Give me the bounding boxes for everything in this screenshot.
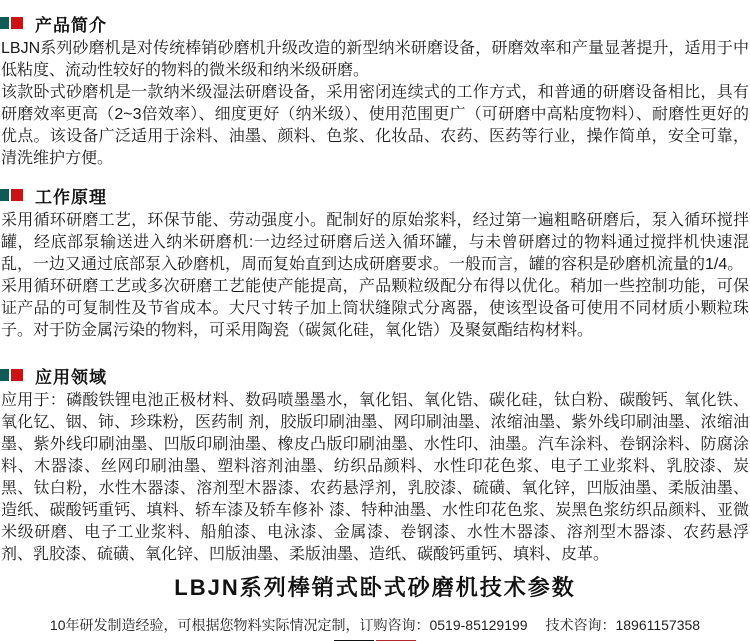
contact-footer: 10年研发制造经验，可根据您物料实际情况定制，订购咨询：0519-8512919… (0, 616, 750, 634)
paragraph: 该款卧式砂磨机是一款纳米级湿法研磨设备，采用密闭连续式的工作方式，和普通的研磨设… (1, 82, 749, 170)
teal-square-icon (0, 369, 9, 381)
section-title: 工作原理 (35, 183, 107, 208)
red-square-icon (11, 189, 23, 201)
section-header-application-fields: 应用领域 (0, 366, 750, 384)
teal-square-icon (0, 189, 9, 201)
paragraph: 采用循环研磨工艺或多次研磨工艺能使产能提高，产品颗粒级配分布得以优化。稍加一些控… (1, 276, 749, 342)
section-bullet-icon (0, 189, 23, 201)
section-title: 应用领域 (35, 363, 107, 388)
product-description-page: 产品简介 LBJN系列砂磨机是对传统棒销砂磨机升级改造的新型纳米研磨设备，研磨效… (0, 0, 750, 641)
section-body-product-intro: LBJN系列砂磨机是对传统棒销砂磨机升级改造的新型纳米研磨设备，研磨效率和产量显… (0, 38, 750, 170)
technical-parameters-title: LBJN系列棒销式卧式砂磨机技术参数 (0, 574, 750, 602)
section-bullet-icon (0, 17, 23, 29)
section-header-product-intro: 产品简介 (0, 14, 750, 32)
red-square-icon (11, 369, 23, 381)
section-header-working-principle: 工作原理 (0, 186, 750, 204)
section-title: 产品简介 (35, 11, 107, 36)
paragraph: 采用循环研磨工艺，环保节能、劳动强度小。配制好的原始浆料，经过第一遍粗略研磨后，… (1, 210, 749, 276)
paragraph: LBJN系列砂磨机是对传统棒销砂磨机升级改造的新型纳米研磨设备，研磨效率和产量显… (1, 38, 749, 82)
section-bullet-icon (0, 369, 23, 381)
section-body-application-fields: 应用于：磷酸铁锂电池正极材料、数码喷墨墨水，氧化铝、氧化锆、碳化硅，钛白粉、碳酸… (0, 390, 750, 566)
section-body-working-principle: 采用循环研磨工艺，环保节能、劳动强度小。配制好的原始浆料，经过第一遍粗略研磨后，… (0, 210, 750, 342)
teal-square-icon (0, 17, 9, 29)
red-square-icon (11, 17, 23, 29)
paragraph: 应用于：磷酸铁锂电池正极材料、数码喷墨墨水，氧化铝、氧化锆、碳化硅，钛白粉、碳酸… (1, 390, 749, 566)
